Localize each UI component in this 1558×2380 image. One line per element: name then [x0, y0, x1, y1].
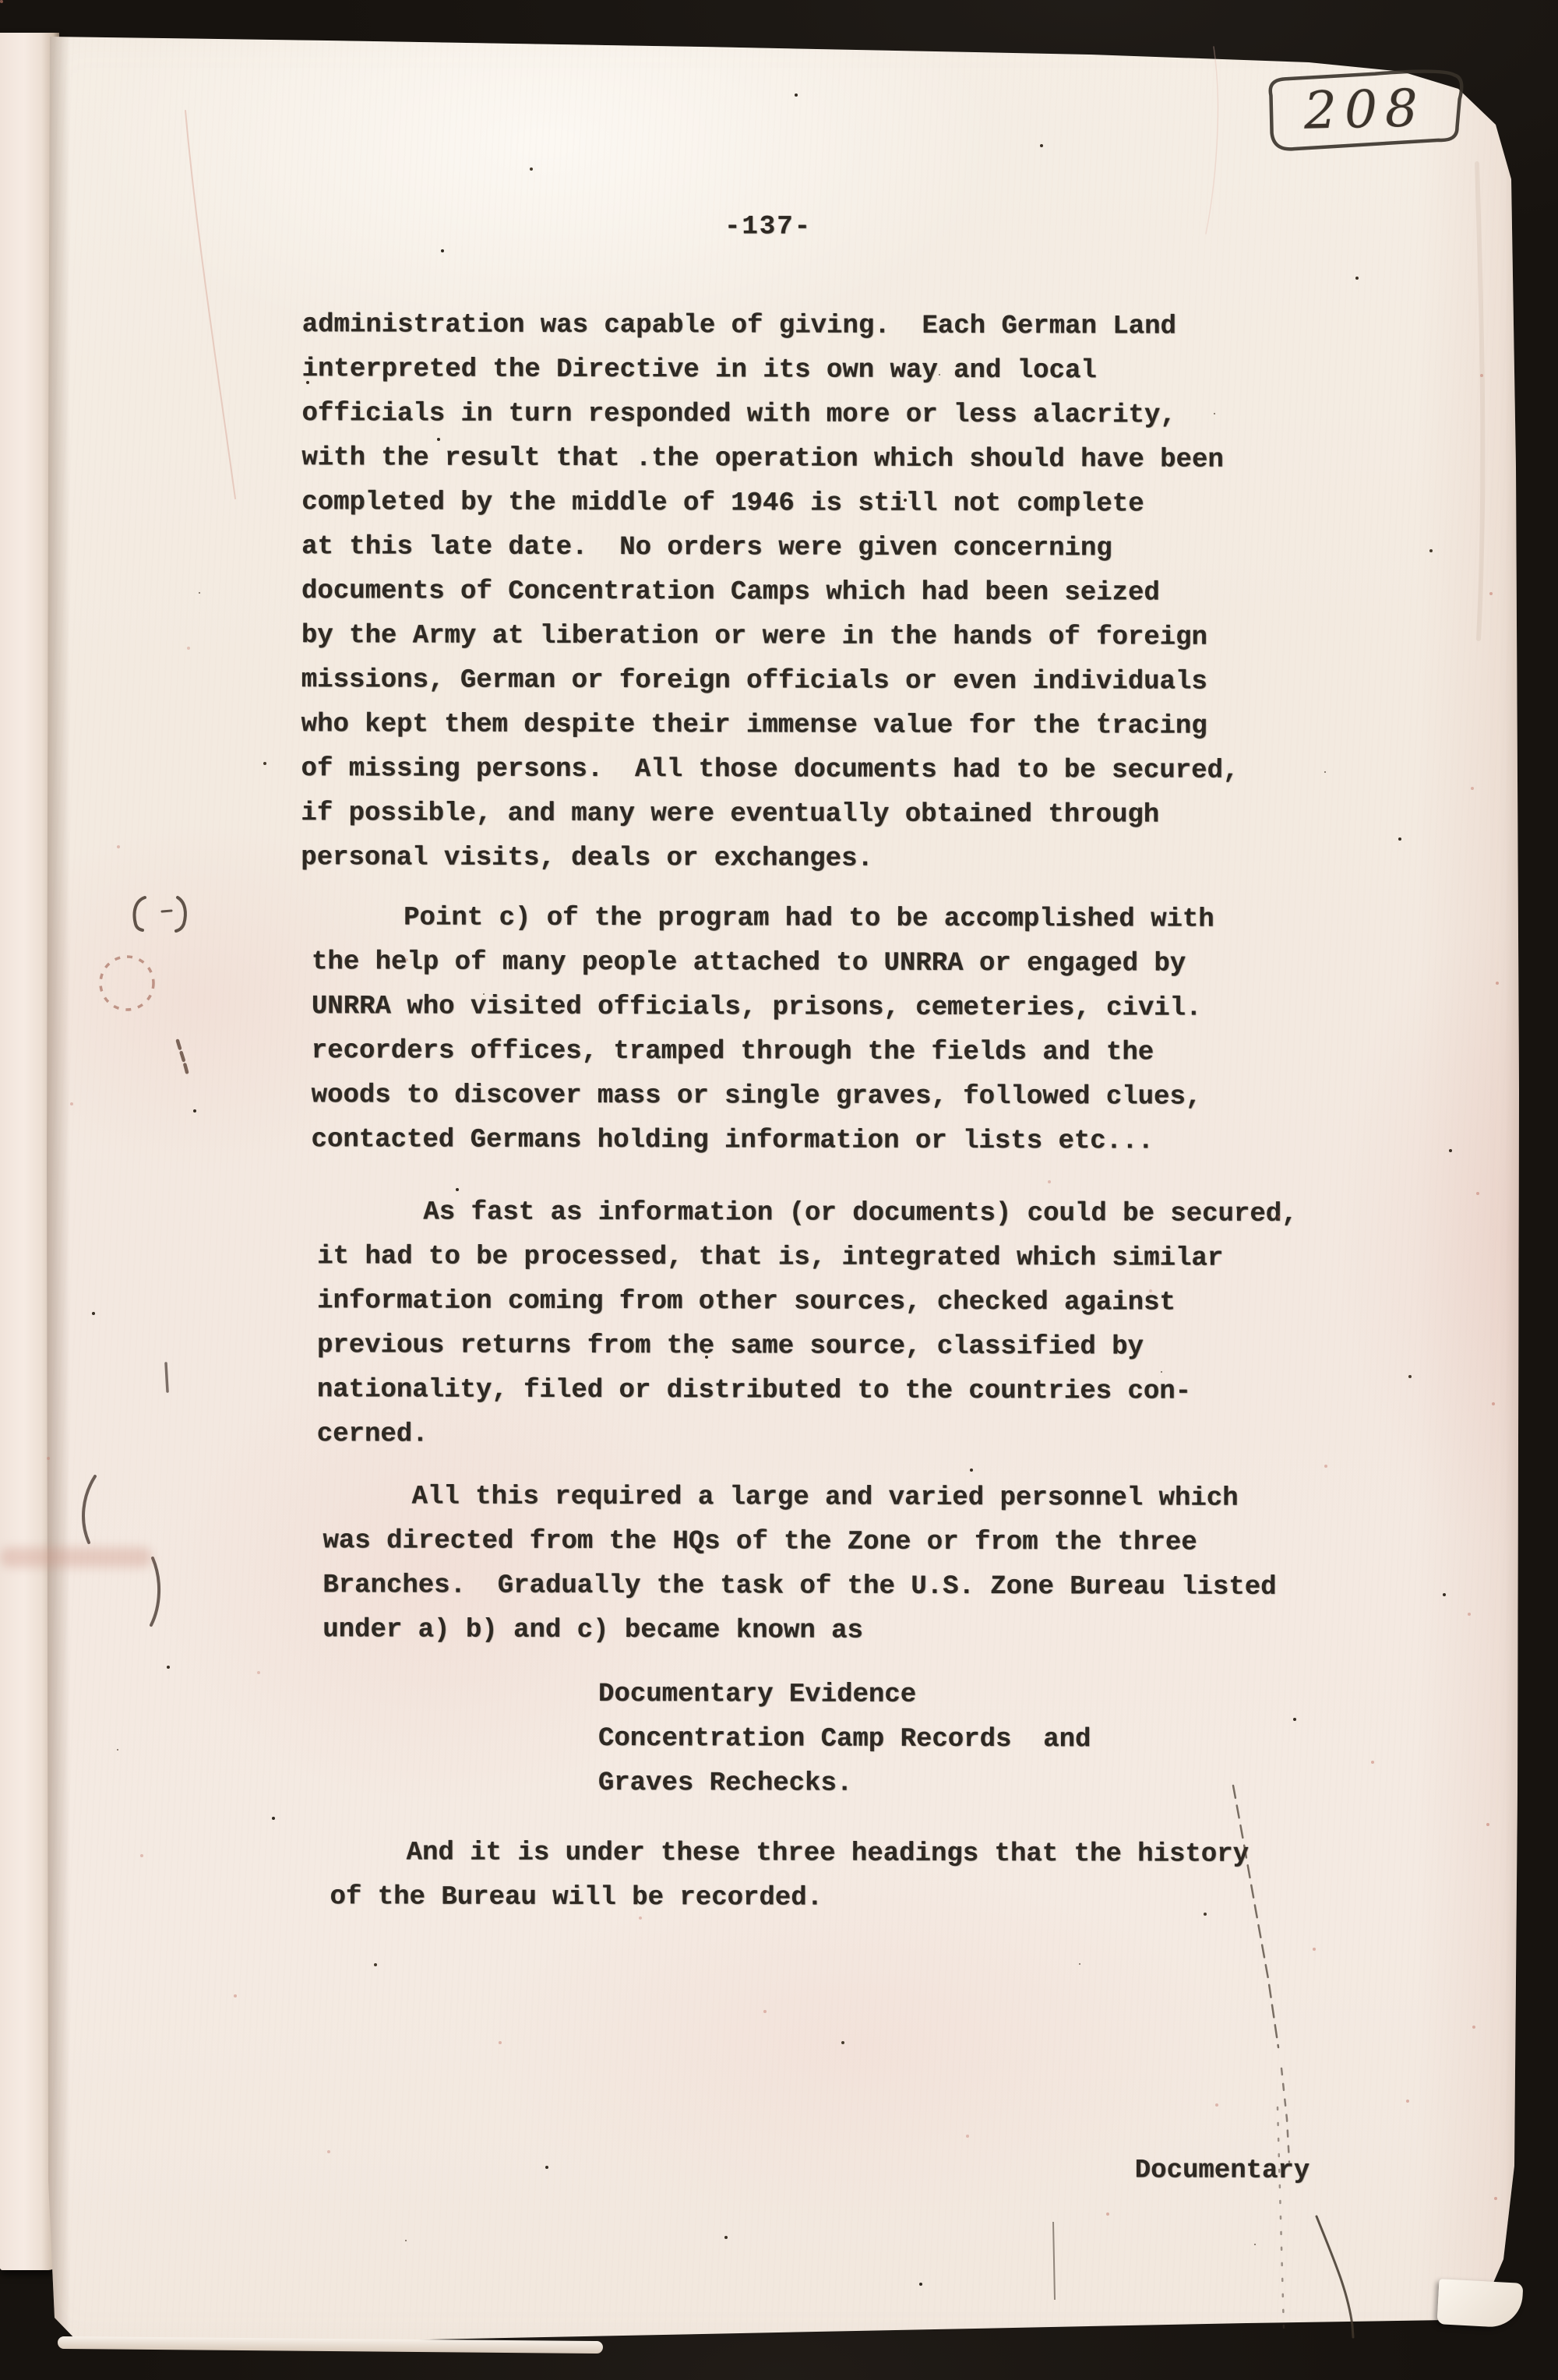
typewritten-line: woods to discover mass or single graves,…: [312, 1074, 1214, 1119]
typewritten-line: who kept them despite their immense valu…: [301, 703, 1239, 749]
page-number: -137-: [724, 205, 812, 249]
typewritten-line: with the result that .the operation whic…: [301, 436, 1239, 483]
typewritten-line: at this late date. No orders were given …: [301, 525, 1239, 572]
typewritten-line: As fast as information (or documents) co…: [423, 1191, 1297, 1237]
typewritten-line: the help of many people attached to UNRR…: [312, 940, 1214, 986]
paragraph-1: administration was capable of giving. Ea…: [301, 303, 1239, 883]
typewritten-line: of missing persons. All those documents …: [301, 747, 1239, 794]
paragraph-2: Point c) of the program had to be accomp…: [312, 896, 1214, 1164]
typewritten-line: completed by the middle of 1946 is still…: [301, 481, 1239, 527]
typewritten-line: personal visits, deals or exchanges.: [301, 836, 1239, 883]
typewritten-line: All this required a large and varied per…: [412, 1475, 1277, 1521]
typewritten-line: UNRRA who visited officials, prisons, ce…: [312, 985, 1214, 1031]
typewritten-line: under a) b) and c) became known as: [323, 1608, 1276, 1655]
paragraph-5: And it is under these three headings tha…: [330, 1831, 1249, 1921]
headings-list: Documentary EvidenceConcentration Camp R…: [598, 1673, 1091, 1807]
pink-specks: [0, 0, 3, 3]
typewritten-line: by the Army at liberation or were in the…: [301, 614, 1239, 661]
typewritten-line: Branches. Gradually the task of the U.S.…: [323, 1564, 1276, 1610]
typewritten-line: Concentration Camp Records and: [598, 1717, 1091, 1762]
catchword-footer: Documentary: [1135, 2149, 1310, 2193]
typewritten-line: contacted Germans holding information or…: [312, 1118, 1214, 1164]
typewritten-text-layer: -137- administration was capable of givi…: [0, 0, 1558, 2380]
typewritten-line: Point c) of the program had to be accomp…: [404, 896, 1214, 942]
typewritten-line: cerned.: [317, 1412, 1297, 1459]
typewritten-line: officials in turn responded with more or…: [301, 392, 1239, 439]
typewritten-line: nationality, filed or distributed to the…: [317, 1368, 1297, 1415]
paragraph-4: All this required a large and varied per…: [323, 1475, 1277, 1655]
stamp-number: 208: [1258, 72, 1472, 147]
scanned-document-screenshot: { "document": { "stamp_number": "208", "…: [0, 0, 1558, 2380]
typewritten-line: previous returns from the same source, c…: [317, 1324, 1297, 1370]
typewritten-line: missions, German or foreign officials or…: [301, 658, 1239, 705]
archive-page-stamp: 208: [1258, 66, 1472, 157]
typewritten-line: it had to be processed, that is, integra…: [317, 1235, 1297, 1282]
paragraph-3: As fast as information (or documents) co…: [317, 1190, 1298, 1459]
typewritten-line: documents of Concentration Camps which h…: [301, 569, 1239, 616]
typewritten-line: And it is under these three headings tha…: [407, 1831, 1250, 1877]
typewritten-line: interpreted the Directive in its own way…: [302, 347, 1240, 394]
typewritten-line: of the Bureau will be recorded.: [330, 1875, 1249, 1921]
typewritten-line: information coming from other sources, c…: [317, 1279, 1297, 1326]
typewritten-line: Graves Rechecks.: [598, 1761, 1091, 1807]
typewritten-line: was directed from the HQs of the Zone or…: [323, 1519, 1276, 1566]
typewritten-line: if possible, and many were eventually ob…: [301, 792, 1239, 838]
typewritten-line: administration was capable of giving. Ea…: [302, 303, 1240, 350]
pink-smudge-stain: [0, 1547, 152, 1567]
typewritten-line: Documentary Evidence: [598, 1673, 1091, 1718]
typewritten-line: recorders offices, tramped through the f…: [312, 1029, 1214, 1075]
